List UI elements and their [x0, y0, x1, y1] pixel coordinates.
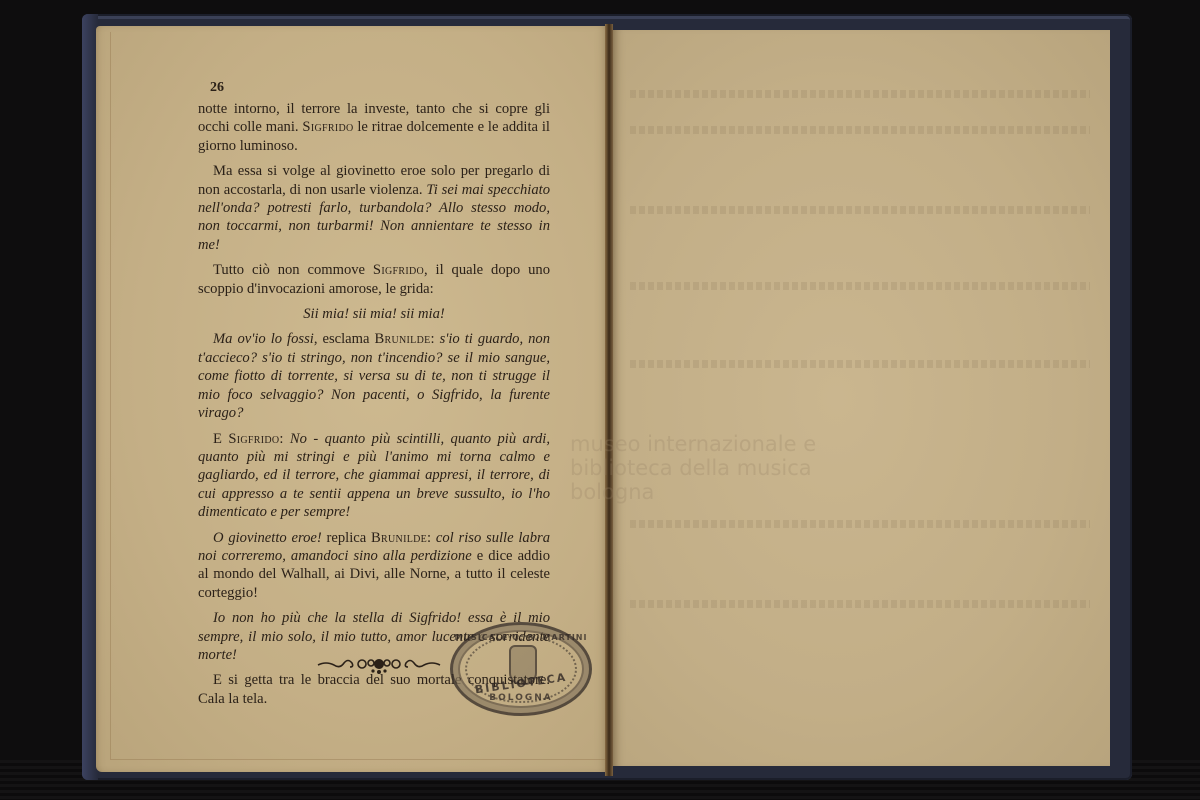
page-number: 26	[210, 80, 224, 96]
text-run: O giovinetto eroe!	[213, 530, 322, 546]
text-run: Sigfrido	[373, 262, 424, 278]
stamp-top-text: MUSICALE G. B. MARTINI	[453, 633, 589, 642]
text-run: Sigfrido	[228, 431, 279, 447]
show-through-line	[630, 360, 1090, 368]
watermark-line: biblioteca della musica	[570, 456, 850, 480]
watermark-line: bologna	[570, 480, 850, 504]
show-through-line	[630, 90, 1090, 98]
text-run: Brunilde	[374, 331, 430, 347]
paragraph: notte intorno, il terrore la investe, ta…	[198, 100, 550, 155]
library-stamp: MUSICALE G. B. MARTINI BIBLIOTECA BOLOGN…	[450, 622, 592, 716]
book-gutter	[605, 24, 613, 776]
text-run: , esclama	[314, 331, 375, 347]
paragraph: E Sigfrido: No - quanto più scintilli, q…	[198, 430, 550, 522]
text-run: :	[427, 530, 436, 546]
text-run: Brunilde	[371, 530, 427, 546]
text-run: :	[431, 331, 440, 347]
watermark-line: museo internazionale e	[570, 432, 850, 456]
paragraph: Ma essa si volge al giovinetto eroe solo…	[198, 162, 550, 254]
paragraph: Tutto ciò non commove Sigfrido, il quale…	[198, 261, 550, 298]
stamp-bottom-text: BOLOGNA	[453, 693, 589, 703]
show-through-line	[630, 206, 1090, 214]
text-run: Sigfrido	[302, 119, 353, 135]
paragraph: O giovinetto eroe! replica Brunilde: col…	[198, 529, 550, 603]
text-run: Sii mia! sii mia! sii mia!	[303, 306, 444, 322]
text-run: Tutto ciò non commove	[213, 262, 373, 278]
right-page	[612, 30, 1110, 766]
show-through-line	[630, 126, 1090, 134]
text-run: Ma ov'io lo fossi	[213, 331, 314, 347]
tailpiece-ornament-icon	[316, 655, 442, 675]
show-through-line	[630, 282, 1090, 290]
paragraph: Sii mia! sii mia! sii mia!	[198, 305, 550, 323]
text-run: :	[279, 431, 289, 447]
paragraph: Ma ov'io lo fossi, esclama Brunilde: s'i…	[198, 330, 550, 422]
watermark: museo internazionale e biblioteca della …	[570, 432, 850, 504]
show-through-line	[630, 600, 1090, 608]
text-run: E	[213, 431, 228, 447]
text-run: replica	[322, 530, 371, 546]
show-through-line	[630, 520, 1090, 528]
body-text: notte intorno, il terrore la investe, ta…	[198, 100, 550, 715]
